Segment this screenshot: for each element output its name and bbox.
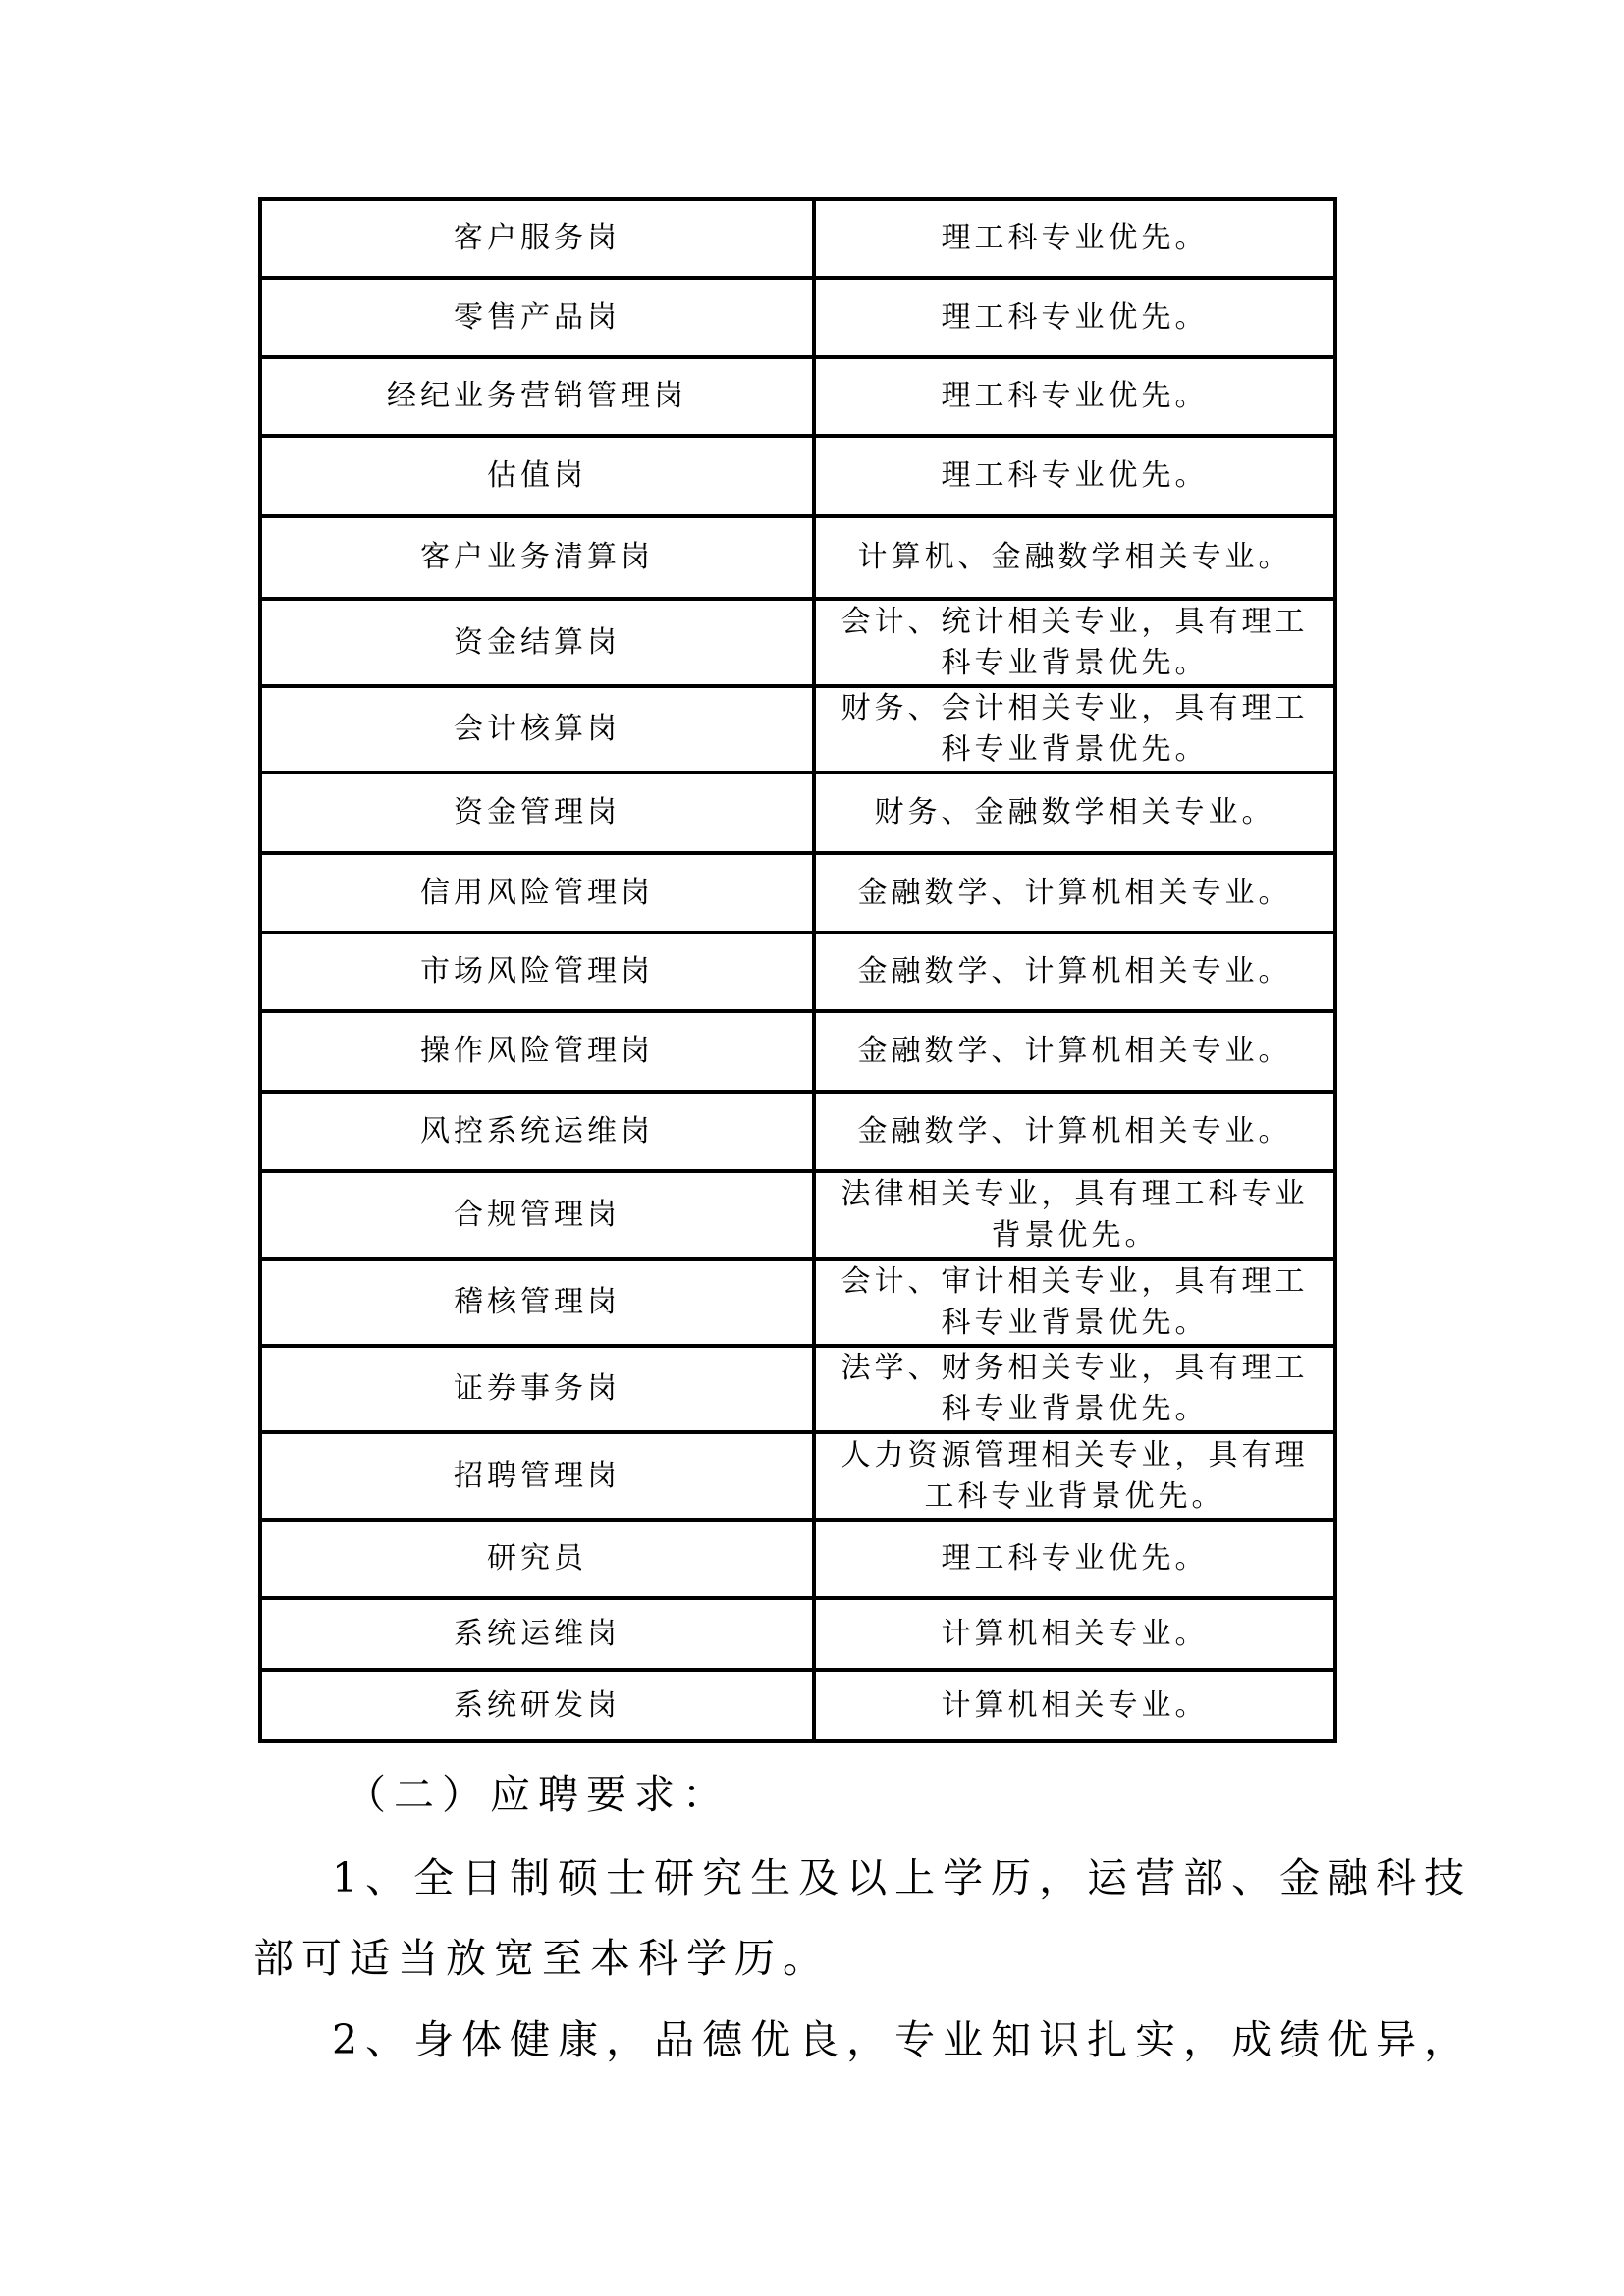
position-cell: 客户业务清算岗 xyxy=(260,516,814,599)
requirement-cell: 金融数学、计算机相关专业。 xyxy=(814,1092,1335,1171)
position-cell: 证券事务岗 xyxy=(260,1346,814,1432)
requirement-item-1-line-2: 部可适当放宽至本科学历。 xyxy=(253,1926,831,1984)
requirement-cell: 法律相关专业，具有理工科专业背景优先。 xyxy=(814,1171,1335,1259)
requirement-cell: 理工科专业优先。 xyxy=(814,436,1335,516)
position-cell: 零售产品岗 xyxy=(260,278,814,357)
requirement-cell: 计算机、金融数学相关专业。 xyxy=(814,516,1335,599)
requirement-cell: 计算机相关专业。 xyxy=(814,1598,1335,1670)
position-cell: 招聘管理岗 xyxy=(260,1432,814,1520)
table-row: 资金管理岗财务、金融数学相关专业。 xyxy=(260,773,1335,853)
requirement-cell: 金融数学、计算机相关专业。 xyxy=(814,853,1335,933)
requirement-cell: 会计、统计相关专业，具有理工科专业背景优先。 xyxy=(814,599,1335,686)
table-row: 系统运维岗计算机相关专业。 xyxy=(260,1598,1335,1670)
section-heading: （二）应聘要求： xyxy=(346,1762,731,1820)
table-row: 市场风险管理岗金融数学、计算机相关专业。 xyxy=(260,933,1335,1011)
requirement-cell: 会计、审计相关专业，具有理工科专业背景优先。 xyxy=(814,1259,1335,1346)
requirement-cell: 财务、金融数学相关专业。 xyxy=(814,773,1335,853)
table-row: 信用风险管理岗金融数学、计算机相关专业。 xyxy=(260,853,1335,933)
requirement-cell: 金融数学、计算机相关专业。 xyxy=(814,933,1335,1011)
position-cell: 资金结算岗 xyxy=(260,599,814,686)
position-cell: 系统研发岗 xyxy=(260,1670,814,1741)
position-requirements-table: 客户服务岗理工科专业优先。零售产品岗理工科专业优先。经纪业务营销管理岗理工科专业… xyxy=(258,197,1337,1743)
table-row: 稽核管理岗会计、审计相关专业，具有理工科专业背景优先。 xyxy=(260,1259,1335,1346)
table-row: 估值岗理工科专业优先。 xyxy=(260,436,1335,516)
position-cell: 信用风险管理岗 xyxy=(260,853,814,933)
position-cell: 资金管理岗 xyxy=(260,773,814,853)
table-row: 会计核算岗财务、会计相关专业，具有理工科专业背景优先。 xyxy=(260,686,1335,773)
document-page: 客户服务岗理工科专业优先。零售产品岗理工科专业优先。经纪业务营销管理岗理工科专业… xyxy=(0,0,1624,2296)
position-cell: 会计核算岗 xyxy=(260,686,814,773)
requirement-cell: 财务、会计相关专业，具有理工科专业背景优先。 xyxy=(814,686,1335,773)
position-cell: 客户服务岗 xyxy=(260,199,814,278)
table-row: 证券事务岗法学、财务相关专业，具有理工科专业背景优先。 xyxy=(260,1346,1335,1432)
position-cell: 合规管理岗 xyxy=(260,1171,814,1259)
table-row: 招聘管理岗人力资源管理相关专业，具有理工科专业背景优先。 xyxy=(260,1432,1335,1520)
position-cell: 经纪业务营销管理岗 xyxy=(260,357,814,436)
requirement-cell: 人力资源管理相关专业，具有理工科专业背景优先。 xyxy=(814,1432,1335,1520)
position-cell: 估值岗 xyxy=(260,436,814,516)
table-row: 研究员理工科专业优先。 xyxy=(260,1520,1335,1598)
position-cell: 研究员 xyxy=(260,1520,814,1598)
requirement-cell: 理工科专业优先。 xyxy=(814,278,1335,357)
position-cell: 稽核管理岗 xyxy=(260,1259,814,1346)
table-row: 客户业务清算岗计算机、金融数学相关专业。 xyxy=(260,516,1335,599)
table-row: 风控系统运维岗金融数学、计算机相关专业。 xyxy=(260,1092,1335,1171)
requirement-item-1-line-1: 1、全日制硕士研究生及以上学历，运营部、金融科技 xyxy=(332,1845,1472,1903)
table-row: 零售产品岗理工科专业优先。 xyxy=(260,278,1335,357)
table-row: 系统研发岗计算机相关专业。 xyxy=(260,1670,1335,1741)
table-row: 合规管理岗法律相关专业，具有理工科专业背景优先。 xyxy=(260,1171,1335,1259)
table-row: 操作风险管理岗金融数学、计算机相关专业。 xyxy=(260,1011,1335,1092)
table-row: 资金结算岗会计、统计相关专业，具有理工科专业背景优先。 xyxy=(260,599,1335,686)
table-row: 客户服务岗理工科专业优先。 xyxy=(260,199,1335,278)
requirement-cell: 法学、财务相关专业，具有理工科专业背景优先。 xyxy=(814,1346,1335,1432)
requirement-cell: 金融数学、计算机相关专业。 xyxy=(814,1011,1335,1092)
requirement-cell: 计算机相关专业。 xyxy=(814,1670,1335,1741)
position-cell: 系统运维岗 xyxy=(260,1598,814,1670)
requirement-cell: 理工科专业优先。 xyxy=(814,1520,1335,1598)
requirement-item-2-line-1: 2、身体健康，品德优良，专业知识扎实，成绩优异， xyxy=(332,2007,1472,2065)
table-row: 经纪业务营销管理岗理工科专业优先。 xyxy=(260,357,1335,436)
position-cell: 风控系统运维岗 xyxy=(260,1092,814,1171)
requirement-cell: 理工科专业优先。 xyxy=(814,357,1335,436)
position-cell: 操作风险管理岗 xyxy=(260,1011,814,1092)
requirement-cell: 理工科专业优先。 xyxy=(814,199,1335,278)
position-cell: 市场风险管理岗 xyxy=(260,933,814,1011)
